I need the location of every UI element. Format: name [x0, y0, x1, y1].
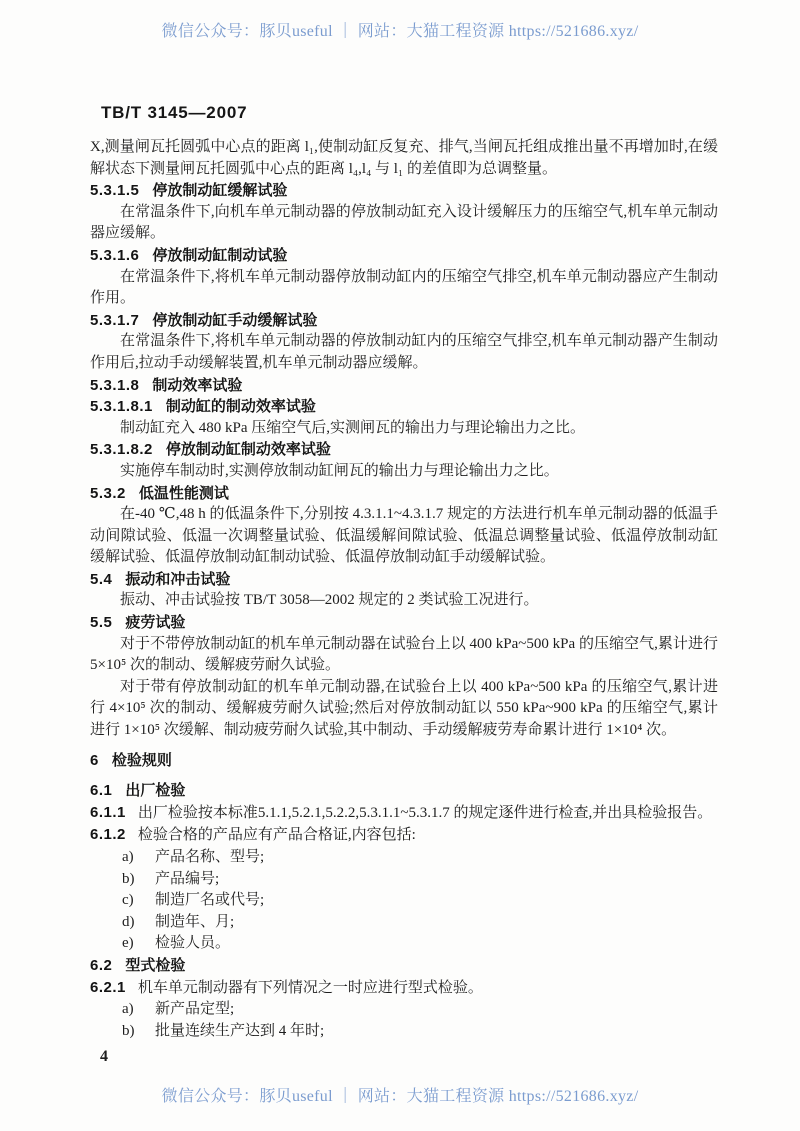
heading-title: 检验规则 [112, 752, 172, 769]
heading-number: 6 [90, 752, 99, 769]
header-watermark: 微信公众号：豚贝useful ｜ 网站：大猫工程资源 https://52168… [0, 18, 800, 41]
clause-6-1-1: 6.1.1出厂检验按本标准5.1.1,5.2.1,5.2.2,5.3.1.1~5… [90, 802, 718, 825]
list-item-b: b)产品编号; [90, 869, 718, 891]
heading-number: 6.1 [90, 782, 112, 799]
heading-5-3-1-6: 5.3.1.6停放制动缸制动试验 [90, 245, 718, 267]
page-number: 4 [100, 1048, 108, 1066]
list-item-e: e)检验人员。 [90, 933, 718, 955]
heading-5-3-1-5: 5.3.1.5停放制动缸缓解试验 [90, 180, 718, 202]
list-item-a: a)新产品定型; [90, 999, 718, 1021]
heading-5-5: 5.5疲劳试验 [90, 612, 718, 634]
list-text: 新产品定型; [155, 1001, 234, 1017]
clause-6-2-1: 6.2.1机车单元制动器有下列情况之一时应进行型式检验。 [90, 977, 718, 1000]
paragraph: 在-40 ℃,48 h 的低温条件下,分别按 4.3.1.1~4.3.1.7 规… [90, 504, 718, 569]
list-text: 检验人员。 [155, 935, 230, 951]
heading-6-2: 6.2型式检验 [90, 955, 718, 977]
clause-text: 检验合格的产品应有产品合格证,内容包括: [138, 827, 416, 843]
list-marker: b) [122, 869, 155, 891]
heading-number: 5.3.1.7 [90, 312, 139, 329]
list-marker: d) [122, 912, 155, 934]
heading-6-1: 6.1出厂检验 [90, 780, 718, 802]
heading-title: 疲劳试验 [125, 614, 185, 631]
heading-title: 振动和冲击试验 [125, 571, 230, 588]
heading-number: 5.3.1.6 [90, 247, 139, 264]
heading-5-3-1-7: 5.3.1.7停放制动缸手动缓解试验 [90, 310, 718, 332]
heading-title: 停放制动缸手动缓解试验 [152, 312, 317, 329]
clause-number: 6.1.1 [90, 804, 126, 821]
list-item-c: c)制造厂名或代号; [90, 890, 718, 912]
list-text: 产品编号; [155, 871, 219, 887]
list-text: 制造年、月; [155, 914, 234, 930]
clause-text: 机车单元制动器有下列情况之一时应进行型式检验。 [138, 980, 483, 996]
list-item-b: b)批量连续生产达到 4 年时; [90, 1021, 718, 1043]
heading-number: 5.3.1.8.1 [90, 398, 153, 415]
heading-5-3-1-8: 5.3.1.8制动效率试验 [90, 375, 718, 397]
footer-watermark: 微信公众号：豚贝useful ｜ 网站：大猫工程资源 https://52168… [0, 1083, 800, 1106]
list-marker: a) [122, 999, 155, 1021]
heading-title: 型式检验 [125, 957, 185, 974]
paragraph: 实施停车制动时,实测停放制动缸闸瓦的输出力与理论输出力之比。 [90, 461, 718, 483]
heading-number: 6.2 [90, 957, 112, 974]
list-text: 产品名称、型号; [155, 849, 264, 865]
list-item-d: d)制造年、月; [90, 912, 718, 934]
clause-number: 6.2.1 [90, 979, 126, 996]
heading-number: 5.3.1.8 [90, 377, 139, 394]
document-content: X,测量闸瓦托圆弧中心点的距离 l₁,使制动缸反复充、排气,当闸瓦托组成推出量不… [90, 137, 718, 1042]
list-marker: b) [122, 1021, 155, 1043]
heading-title: 制动效率试验 [152, 377, 242, 394]
doc-number: TB/T 3145—2007 [101, 103, 247, 123]
heading-chapter-6: 6检验规则 [90, 750, 718, 772]
list-marker: c) [122, 890, 155, 912]
heading-number: 5.3.1.8.2 [90, 441, 153, 458]
document-page: 微信公众号：豚贝useful ｜ 网站：大猫工程资源 https://52168… [0, 0, 800, 1131]
clause-number: 6.1.2 [90, 826, 126, 843]
clause-text: 出厂检验按本标准5.1.1,5.2.1,5.2.2,5.3.1.1~5.3.1.… [138, 805, 712, 821]
list-marker: a) [122, 847, 155, 869]
list-text: 批量连续生产达到 4 年时; [155, 1023, 324, 1039]
heading-title: 制动缸的制动效率试验 [166, 398, 316, 415]
paragraph: 在常温条件下,将机车单元制动器停放制动缸内的压缩空气排空,机车单元制动器应产生制… [90, 267, 718, 310]
paragraph: 在常温条件下,将机车单元制动器的停放制动缸内的压缩空气排空,机车单元制动器产生制… [90, 331, 718, 374]
paragraph: 对于带有停放制动缸的机车单元制动器,在试验台上以 400 kPa~500 kPa… [90, 677, 718, 742]
paragraph-continuation: X,测量闸瓦托圆弧中心点的距离 l₁,使制动缸反复充、排气,当闸瓦托组成推出量不… [90, 137, 718, 180]
heading-title: 停放制动缸缓解试验 [152, 182, 287, 199]
heading-5-3-2: 5.3.2低温性能测试 [90, 483, 718, 505]
heading-number: 5.5 [90, 614, 112, 631]
paragraph: 对于不带停放制动缸的机车单元制动器在试验台上以 400 kPa~500 kPa … [90, 634, 718, 677]
list-text: 制造厂名或代号; [155, 892, 264, 908]
heading-title: 出厂检验 [125, 782, 185, 799]
heading-5-3-1-8-2: 5.3.1.8.2停放制动缸制动效率试验 [90, 439, 718, 461]
heading-title: 停放制动缸制动试验 [152, 247, 287, 264]
list-marker: e) [122, 933, 155, 955]
heading-title: 低温性能测试 [139, 485, 229, 502]
list-item-a: a)产品名称、型号; [90, 847, 718, 869]
paragraph: 制动缸充入 480 kPa 压缩空气后,实测闸瓦的输出力与理论输出力之比。 [90, 418, 718, 440]
clause-6-1-2: 6.1.2检验合格的产品应有产品合格证,内容包括: [90, 824, 718, 847]
heading-number: 5.3.2 [90, 485, 126, 502]
heading-title: 停放制动缸制动效率试验 [166, 441, 331, 458]
paragraph: 在常温条件下,向机车单元制动器的停放制动缸充入设计缓解压力的压缩空气,机车单元制… [90, 202, 718, 245]
heading-number: 5.4 [90, 571, 112, 588]
paragraph: 振动、冲击试验按 TB/T 3058—2002 规定的 2 类试验工况进行。 [90, 590, 718, 612]
heading-5-3-1-8-1: 5.3.1.8.1制动缸的制动效率试验 [90, 396, 718, 418]
heading-number: 5.3.1.5 [90, 182, 139, 199]
heading-5-4: 5.4振动和冲击试验 [90, 569, 718, 591]
